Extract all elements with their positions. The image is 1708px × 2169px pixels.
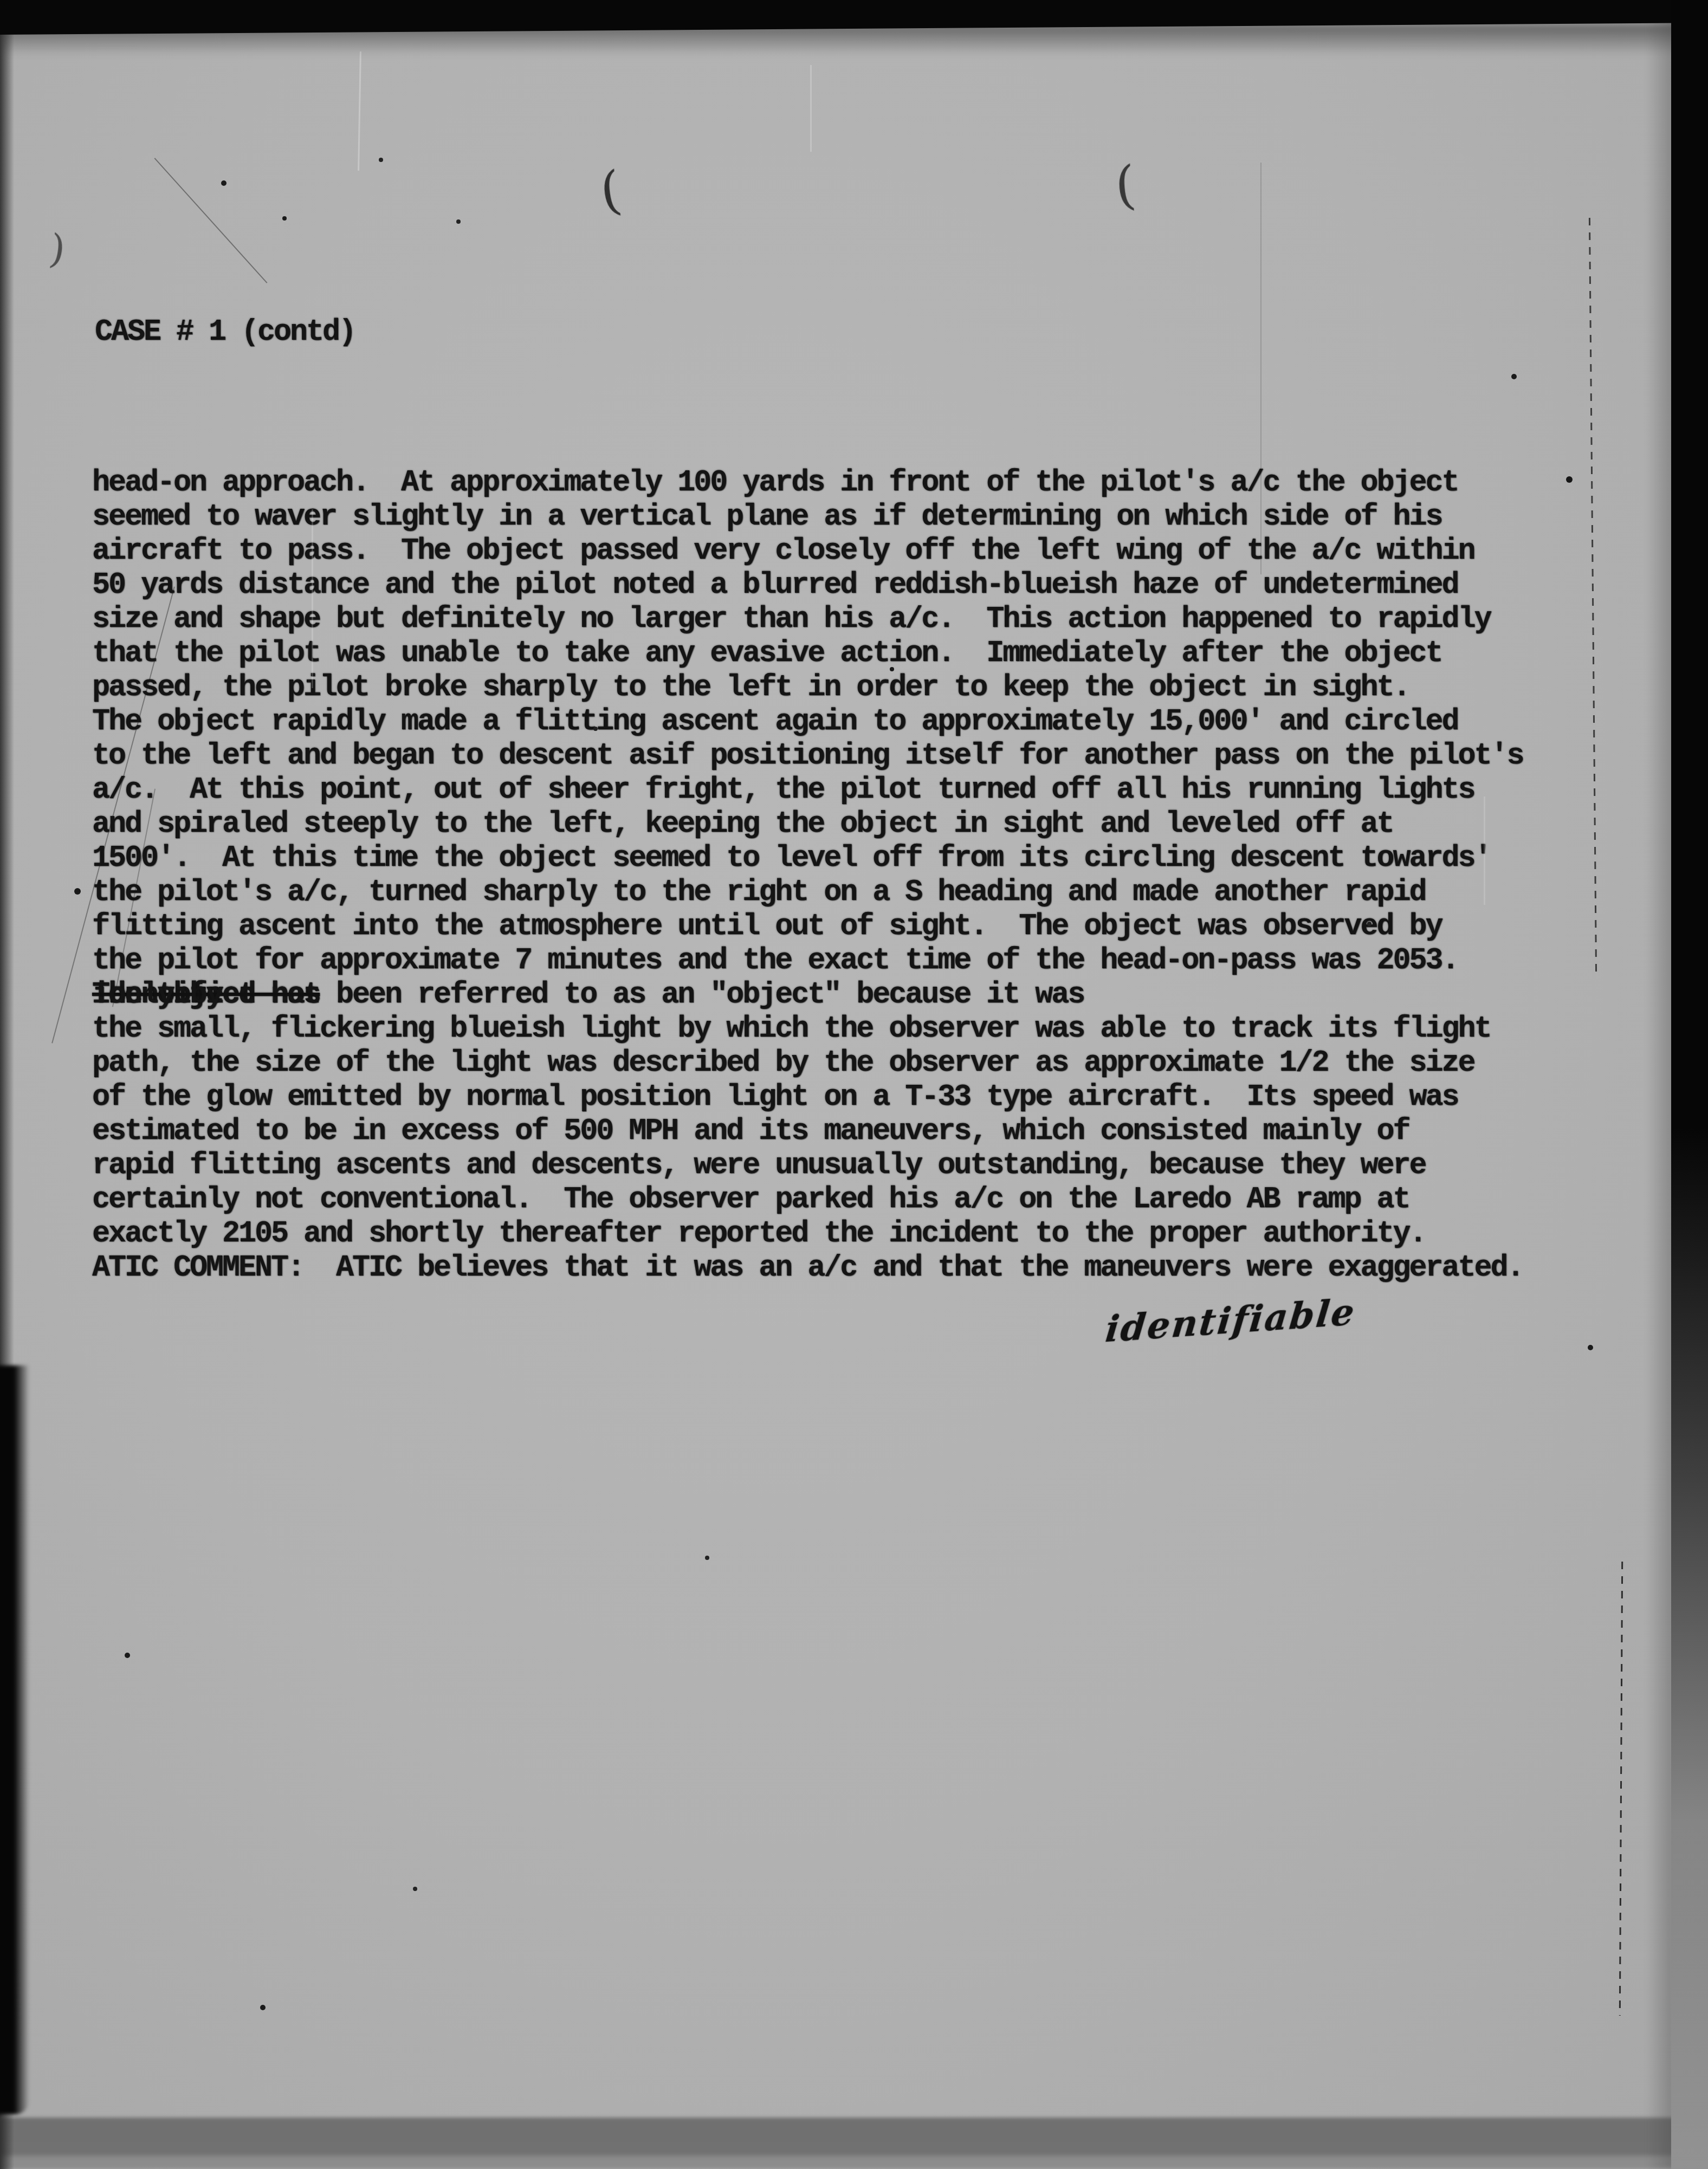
stray-paren-mark: ( bbox=[596, 159, 625, 222]
scan-edge-right bbox=[1671, 0, 1708, 2169]
scratch-dotted-line bbox=[1619, 1562, 1623, 2016]
stray-paren-mark: ) bbox=[47, 225, 68, 273]
stray-paren-mark: ( bbox=[1112, 154, 1138, 217]
dust-streak bbox=[358, 51, 361, 171]
scan-edge-bottom bbox=[0, 2118, 1708, 2169]
case-heading: CASE # 1 (contd) bbox=[95, 300, 355, 365]
scratch-mark bbox=[154, 158, 268, 283]
scan-edge-left-corner bbox=[0, 1365, 29, 2114]
scan-edge-right-shadow bbox=[1646, 0, 1674, 2169]
scratch-mark bbox=[1260, 163, 1261, 574]
typed-line: ATIC COMMENT: ATIC believes that it was … bbox=[92, 1236, 1523, 1300]
dust-streak bbox=[312, 509, 313, 688]
scratch-dotted-line bbox=[1589, 218, 1597, 974]
scanned-document-page: ( ( ) CASE # 1 (contd) head-on approach.… bbox=[0, 0, 1708, 2169]
dust-streak bbox=[810, 65, 812, 152]
dust-streak bbox=[1484, 797, 1485, 905]
